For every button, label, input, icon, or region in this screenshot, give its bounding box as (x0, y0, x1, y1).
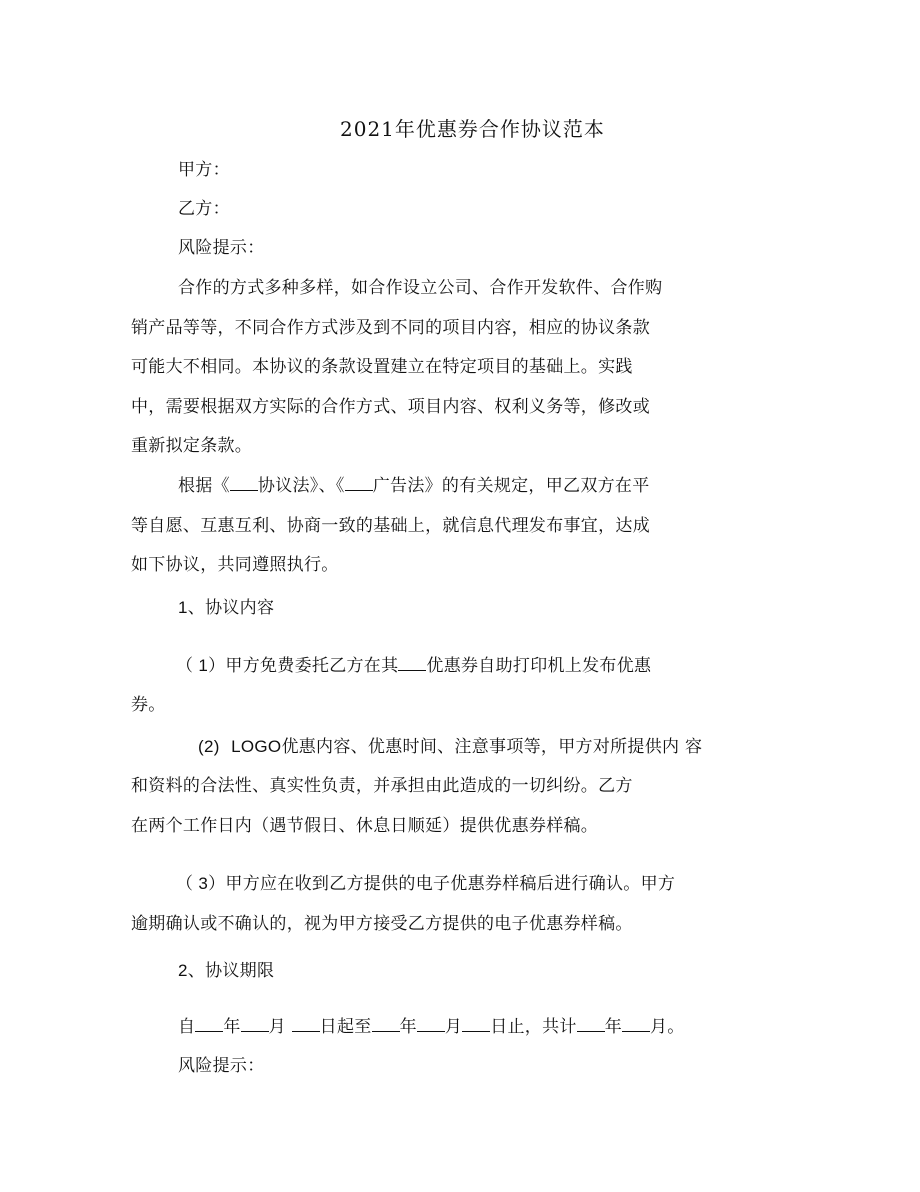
document-title: 2021年优惠券合作协议范本 (340, 117, 605, 141)
blank-field (622, 1017, 650, 1032)
party-b-label: 乙方： (178, 199, 230, 219)
term-line: 自年月 日起至年月日止，共计年月。 (178, 1017, 685, 1037)
blank-field (292, 1017, 320, 1032)
blank-field (577, 1017, 605, 1032)
risk-notice-heading: 风险提示： (178, 238, 265, 258)
blank-field (417, 1017, 445, 1032)
risk-notice-heading-2: 风险提示： (178, 1056, 265, 1076)
party-a-label: 甲方： (178, 160, 230, 180)
section1-heading: 1、协议内容 (178, 598, 274, 618)
section2-heading: 2、协议期限 (178, 961, 274, 981)
blank-field (241, 1017, 269, 1032)
blank-field (345, 476, 373, 491)
blank-field (230, 476, 258, 491)
blank-field (195, 1017, 223, 1032)
blank-field (372, 1017, 400, 1032)
blank-field (462, 1017, 490, 1032)
blank-field (398, 656, 426, 671)
